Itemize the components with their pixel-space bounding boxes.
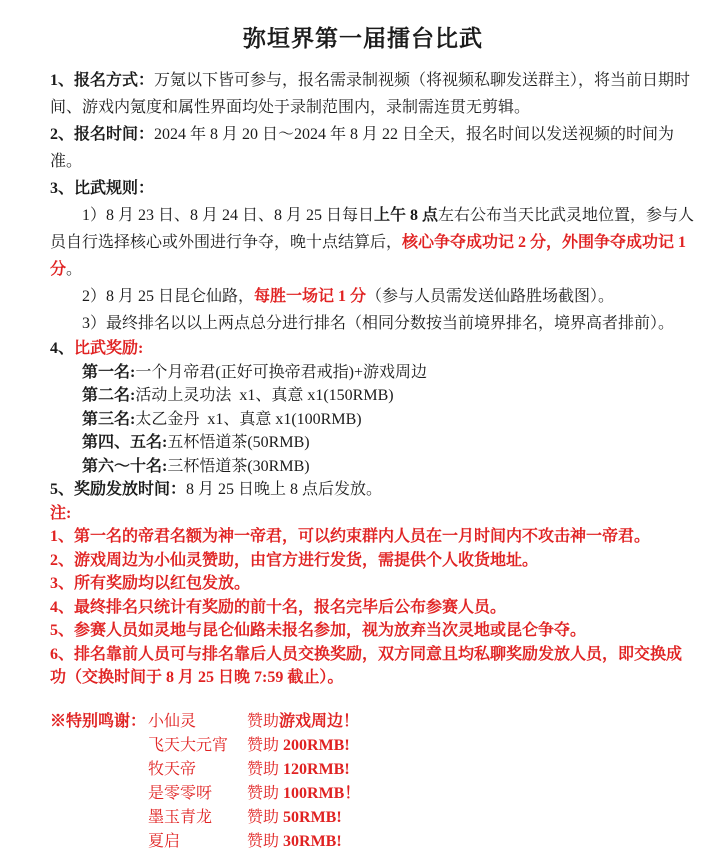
text-segment: 。 bbox=[66, 261, 82, 278]
reward-rank-1: 第一名:一个月帝君(正好可换帝君戒指)+游戏周边 bbox=[50, 361, 696, 385]
sponsor-prefix: 赞助 bbox=[247, 761, 283, 778]
para-signup-method: 1、报名方式：万氪以下皆可参与，报名需录制视频（将视频私聊发送群主），将当前日期… bbox=[50, 67, 696, 121]
para-rewards-heading: 4、比武奖励: bbox=[50, 337, 696, 361]
sponsor-row: 是零零呀 赞助 100RMB！ bbox=[50, 782, 696, 806]
text-segment: 3）最终排名以以上两点总分进行排名（相同分数按当前境界排名，境界高者排前）。 bbox=[82, 315, 674, 332]
para-rule-1: 1）8 月 23 日、8 月 24 日、8 月 25 日每日上午 8 点左右公布… bbox=[50, 202, 696, 283]
sponsor-name: 是零零呀 bbox=[148, 782, 247, 806]
sponsor-amount: 赞助 50RMB! bbox=[247, 806, 342, 830]
sponsor-amount: 赞助 120RMB! bbox=[247, 758, 350, 782]
page-title: 弥垣界第一届擂台比武 bbox=[30, 20, 696, 53]
reward-rank-3: 第三名:太乙金丹 x1、真意 x1(100RMB) bbox=[50, 408, 696, 432]
note-2: 2、游戏周边为小仙灵赞助，由官方进行发货，需提供个人收货地址。 bbox=[50, 549, 696, 573]
sponsor-prefix: 赞助 bbox=[247, 737, 283, 754]
sponsor-name: 墨玉青龙 bbox=[148, 806, 247, 830]
reward-rank-4-5: 第四、五名:五杯悟道茶(50RMB) bbox=[50, 431, 696, 455]
text-segment: 比武奖励: bbox=[74, 340, 143, 357]
para-payout-time: 5、奖励发放时间：8 月 25 日晚上 8 点后发放。 bbox=[50, 478, 696, 502]
text-segment: 第三名: bbox=[82, 411, 135, 428]
text-segment: 五杯悟道茶(50RMB) bbox=[167, 434, 309, 451]
text-segment: 2）8 月 25 日昆仑仙路， bbox=[82, 288, 254, 305]
sponsors-heading-spacer bbox=[50, 806, 148, 830]
sponsor-name: 牧天帝 bbox=[148, 758, 247, 782]
sponsors-heading-spacer bbox=[50, 758, 148, 782]
sponsor-prefix: 赞助 bbox=[247, 713, 279, 730]
sponsor-name: 飞天大元宵 bbox=[148, 734, 247, 758]
text-segment: 1、报名方式： bbox=[50, 72, 154, 89]
text-segment: 4、 bbox=[50, 340, 74, 357]
sponsor-prefix: 赞助 bbox=[247, 833, 283, 850]
note-5: 5、参赛人员如灵地与昆仑仙路未报名参加，视为放弃当次灵地或昆仑争夺。 bbox=[50, 619, 696, 643]
text-segment: 3、比武规则： bbox=[50, 180, 154, 197]
sponsors-heading-spacer bbox=[50, 830, 148, 854]
para-rules-heading: 3、比武规则： bbox=[50, 175, 696, 202]
sponsor-prefix: 赞助 bbox=[247, 809, 283, 826]
para-rule-2: 2）8 月 25 日昆仑仙路，每胜一场记 1 分（参与人员需发送仙路胜场截图）。 bbox=[50, 283, 696, 310]
sponsor-row: 墨玉青龙 赞助 50RMB! bbox=[50, 806, 696, 830]
text-segment: 太乙金丹 x1、真意 x1(100RMB) bbox=[135, 411, 361, 428]
reward-rank-6-10: 第六～十名:三杯悟道茶(30RMB) bbox=[50, 455, 696, 479]
text-segment: 第一名: bbox=[82, 364, 135, 381]
text-segment: 第六～十名: bbox=[82, 458, 167, 475]
sponsor-amount-value: 200RMB! bbox=[283, 737, 350, 754]
sponsor-amount-value: 100RMB！ bbox=[283, 785, 360, 802]
text-segment: 5、奖励发放时间： bbox=[50, 481, 186, 498]
para-rule-3: 3）最终排名以以上两点总分进行排名（相同分数按当前境界排名，境界高者排前）。 bbox=[50, 310, 696, 337]
sponsors-section: ※特别鸣谢： 小仙灵 赞助游戏周边！ 飞天大元宵 赞助 200RMB! 牧天帝 … bbox=[50, 710, 696, 854]
sponsor-amount-value: 游戏周边！ bbox=[279, 713, 359, 730]
para-signup-time: 2、报名时间：2024 年 8 月 20 日～2024 年 8 月 22 日全天… bbox=[50, 121, 696, 175]
sponsor-name: 小仙灵 bbox=[148, 710, 247, 734]
text-segment: 活动上灵功法 x1、真意 x1(150RMB) bbox=[135, 387, 393, 404]
sponsor-amount-value: 30RMB! bbox=[283, 833, 342, 850]
sponsor-amount: 赞助游戏周边！ bbox=[247, 710, 359, 734]
note-3: 3、所有奖励均以红包发放。 bbox=[50, 572, 696, 596]
sponsor-row: 夏启 赞助 30RMB! bbox=[50, 830, 696, 854]
text-segment: 一个月帝君(正好可换帝君戒指)+游戏周边 bbox=[135, 364, 427, 381]
sponsor-name: 夏启 bbox=[148, 830, 247, 854]
sponsors-heading: ※特别鸣谢： bbox=[50, 710, 148, 734]
note-6: 6、排名靠前人员可与排名靠后人员交换奖励，双方同意且均私聊奖励发放人员，即交换成… bbox=[50, 643, 696, 690]
sponsor-amount: 赞助 30RMB! bbox=[247, 830, 342, 854]
sponsor-row: 飞天大元宵 赞助 200RMB! bbox=[50, 734, 696, 758]
text-segment: 第二名: bbox=[82, 387, 135, 404]
text-segment: 每胜一场记 1 分 bbox=[254, 288, 366, 305]
sponsor-amount: 赞助 200RMB! bbox=[247, 734, 350, 758]
sponsor-row: ※特别鸣谢： 小仙灵 赞助游戏周边！ bbox=[50, 710, 696, 734]
reward-rank-2: 第二名:活动上灵功法 x1、真意 x1(150RMB) bbox=[50, 384, 696, 408]
sponsor-amount-value: 50RMB! bbox=[283, 809, 342, 826]
note-4: 4、最终排名只统计有奖励的前十名，报名完毕后公布参赛人员。 bbox=[50, 596, 696, 620]
sponsor-amount: 赞助 100RMB！ bbox=[247, 782, 360, 806]
note-1: 1、第一名的帝君名额为神一帝君，可以约束群内人员在一月时间内不攻击神一帝君。 bbox=[50, 525, 696, 549]
text-segment: 1）8 月 23 日、8 月 24 日、8 月 25 日每日 bbox=[82, 207, 374, 224]
sponsors-heading-spacer bbox=[50, 782, 148, 806]
sponsor-prefix: 赞助 bbox=[247, 785, 283, 802]
text-segment: 2、报名时间： bbox=[50, 126, 154, 143]
text-segment: （参与人员需发送仙路胜场截图）。 bbox=[366, 288, 614, 305]
text-segment: 第四、五名: bbox=[82, 434, 167, 451]
para-notes-heading: 注: bbox=[50, 502, 696, 526]
text-segment: 注: bbox=[50, 505, 71, 522]
sponsor-amount-value: 120RMB! bbox=[283, 761, 350, 778]
text-segment: 8 月 25 日晚上 8 点后发放。 bbox=[186, 481, 382, 498]
sponsor-row: 牧天帝 赞助 120RMB! bbox=[50, 758, 696, 782]
document-page: 弥垣界第一届擂台比武 1、报名方式：万氪以下皆可参与，报名需录制视频（将视频私聊… bbox=[0, 0, 720, 859]
text-segment: 三杯悟道茶(30RMB) bbox=[167, 458, 309, 475]
sponsors-heading-spacer bbox=[50, 734, 148, 758]
text-segment: 上午 8 点 bbox=[374, 207, 438, 224]
